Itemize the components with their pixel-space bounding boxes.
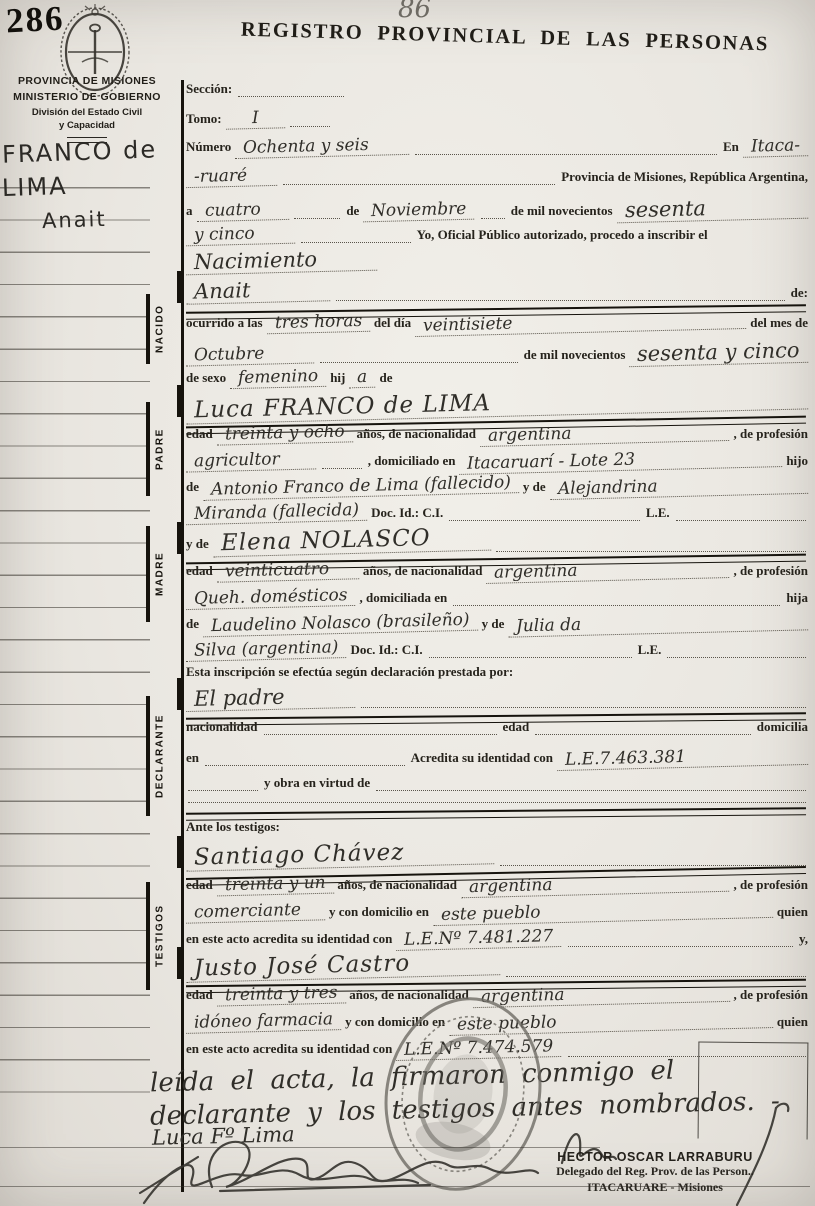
day-value: cuatro [196, 201, 288, 222]
pen-stroke-curl [776, 1104, 788, 1111]
mother-occupation-row: Queh. domésticos , domiciliada en hija [186, 589, 808, 606]
demil-label: de mil novecientos [511, 204, 613, 219]
witness1-id-value: L.E.Nº 7.481.227 [396, 928, 562, 951]
place-row: -ruaré Provincia de Misiones, República … [186, 168, 808, 185]
obra-row: y obra en virtud de [186, 776, 808, 791]
quien-label: quien [777, 905, 808, 920]
ante-testigos-label: Ante los testigos: [186, 820, 280, 835]
blank-line [336, 298, 784, 301]
birth-year-value: sesenta y cinco [629, 340, 808, 367]
margin-surname-2: LIMA [2, 174, 68, 200]
edad-label: edad [186, 427, 213, 442]
year-row: y cinco Yo, Oficial Público autorizado, … [186, 226, 808, 243]
profesion-label-4: , de profesión [733, 988, 808, 1003]
blank-line [535, 732, 750, 735]
del-dia-label: del día [374, 316, 411, 331]
declaration-intro-row: Esta inscripción se efectúa según declar… [186, 665, 808, 680]
de-label-2: de [380, 371, 393, 386]
maternal-grandfather-value: Laudelino Nolasco (brasileño) [203, 612, 478, 638]
acredita-label: Acredita su identidad con [411, 751, 553, 766]
domicilio-label: y con domicilio en [329, 905, 429, 920]
section-label-nacido: NACIDO [152, 296, 168, 362]
birth-certificate-scan: 286 86 REGISTRO PROVINCIAL DE LAS PERSON… [0, 0, 815, 1206]
year-value-1: sesenta [616, 196, 808, 224]
section-bar-declarante [146, 696, 150, 816]
blank-line [361, 705, 806, 708]
mother-doc-row: Silva (argentina) Doc. Id.: C.I. L.E. [186, 641, 808, 658]
name-row-bar [177, 271, 181, 303]
blank-line [453, 603, 780, 606]
blank-line [481, 216, 505, 219]
father-age-value: treinta y ocho [217, 423, 353, 445]
birth-month-row: Octubre de mil novecientos sesenta y cin… [186, 342, 808, 363]
blank-line [568, 944, 793, 947]
father-doc-row: Miranda (fallecida) Doc. Id.: C.I. L.E. [186, 504, 808, 521]
mother-nationality-value: argentina [486, 559, 729, 584]
witness2-name-row: Justo José Castro [186, 954, 808, 977]
maternal-grandmother-value-1: Julia da [508, 611, 808, 637]
sexo-label: de sexo [186, 371, 226, 386]
officer-location: ITACARUARE - Misiones [500, 1180, 810, 1196]
blank-line [283, 182, 555, 185]
blank-line [264, 732, 497, 735]
place-value-2: -ruaré [186, 167, 278, 188]
profesion-label-3: , de profesión [733, 878, 808, 893]
letterhead: PROVINCIA DE MISIONES MINISTERIO DE GOBI… [4, 74, 170, 143]
blank-line [205, 763, 405, 766]
y-de-label-2: y de [186, 537, 209, 552]
numero-row: Número Ochenta y seis En Itaca- [186, 138, 808, 155]
officer-name: HECTOR OSCAR LARRABURU [500, 1150, 810, 1164]
name-row-bar [177, 522, 181, 554]
le-label-2: L.E. [638, 643, 662, 658]
section-label-padre: PADRE [152, 404, 168, 494]
empty-row [186, 800, 808, 803]
a-label: a [186, 204, 193, 219]
y-de-label-3: y de [482, 617, 505, 632]
doc-id-label-2: Doc. Id.: C.I. [350, 643, 422, 658]
section-bar-testigos [146, 882, 150, 990]
blank-line [188, 800, 806, 803]
hija-de-label: hija [786, 591, 808, 606]
paternal-grandmother-value-2: Miranda (fallecida) [186, 502, 367, 525]
witness2-age-value: treinta y tres [217, 984, 346, 1006]
obra-label: y obra en virtud de [264, 776, 370, 791]
domicilia-label: domicilia [757, 720, 808, 735]
anios-label-2: años, de nacionalidad [363, 564, 483, 579]
mother-name-value: Elena NOLASCO [212, 526, 490, 558]
blank-line [496, 549, 806, 552]
mother-name-row: y de Elena NOLASCO [186, 529, 808, 552]
edad-label-5: edad [186, 988, 213, 1003]
section-bar-madre [146, 526, 150, 622]
officer-title: Delegado del Reg. Prov. de las Person.. [500, 1164, 810, 1180]
father-occupation-value: agricultor [186, 450, 316, 472]
blank-line [188, 788, 258, 791]
mother-age-value: veinticuatro [217, 560, 360, 582]
sex-row: de sexo femenino hij a de [186, 369, 808, 386]
tomo-value: I [225, 109, 284, 129]
de-colon-label: de: [791, 286, 808, 301]
blank-line [429, 655, 632, 658]
blank-line [500, 863, 806, 866]
witness1-occupation-row: comerciante y con domicilio en este pueb… [186, 903, 808, 920]
en-label-2: en [186, 751, 199, 766]
witness-intro-row: Ante los testigos: [186, 820, 808, 835]
section-label-madre: MADRE [152, 528, 168, 620]
edad-label-3: edad [503, 720, 530, 735]
spacer [383, 269, 523, 271]
edad-label-2: edad [186, 564, 213, 579]
paternal-grandmother-value-1: Alejandrina [549, 475, 808, 500]
officer-block: HECTOR OSCAR LARRABURU Delegado del Reg.… [500, 1150, 810, 1195]
paternal-grandfather-row: de Antonio Franco de Lima (fallecido) y … [186, 478, 808, 495]
blank-line [294, 216, 340, 219]
profesion-label: , de profesión [733, 427, 808, 442]
declarant-nationality-row: nacionalidad edad domicilia [186, 720, 808, 735]
de-label-4: de [186, 617, 199, 632]
declarant-identity-row: en Acredita su identidad con L.E.7.463.3… [186, 749, 808, 766]
ocurrido-label: ocurrido a las [186, 316, 263, 331]
witness1-address-value: este pueblo [433, 899, 773, 926]
father-name-row: Luca FRANCO de LIMA [186, 392, 808, 415]
de-label-3: de [186, 480, 199, 495]
anios-label-3: años, de nacionalidad [337, 878, 457, 893]
place-value-1: Itaca- [743, 137, 809, 158]
yo-label: Yo, Oficial Público autorizado, procedo … [417, 228, 708, 243]
seccion-row: Sección: [186, 82, 346, 97]
domiciliado-label: , domiciliado en [368, 454, 456, 469]
mother-occupation-value: Queh. domésticos [186, 587, 356, 610]
page-title: REGISTRO PROVINCIAL DE LAS PERSONAS [205, 18, 805, 58]
blank-line [449, 518, 640, 521]
de-label: de [346, 204, 359, 219]
month-value: Noviembre [363, 201, 475, 223]
witness2-name-value: Justo José Castro [186, 950, 501, 983]
maternal-grandmother-value-2: Silva (argentina) [186, 639, 347, 662]
declaration-intro-label: Esta inscripción se efectúa según declar… [186, 665, 513, 680]
declarant-id-value: L.E.7.463.381 [557, 746, 808, 771]
hijo-suffix-value: a [349, 369, 376, 389]
name-row-bar [177, 385, 181, 417]
name-row-bar [177, 678, 181, 710]
section-label-testigos: TESTIGOS [152, 884, 168, 988]
child-name-value: Anait [186, 278, 331, 305]
quien-label-2: quien [777, 1015, 808, 1030]
numero-value: Ochenta y seis [235, 136, 409, 159]
acto-acredita-label: en este acto acredita su identidad con [186, 932, 392, 947]
paternal-grandfather-value: Antonio Franco de Lima (fallecido) [203, 474, 519, 501]
maternal-grandfather-row: de Laudelino Nolasco (brasileño) y de Ju… [186, 615, 808, 632]
sexo-value: femenino [230, 368, 327, 389]
child-name-row: Anait de: [186, 280, 808, 301]
father-age-row: edad treinta y ocho años, de nacionalida… [186, 425, 808, 442]
spacer [399, 384, 679, 386]
le-label: L.E. [646, 506, 670, 521]
form-left-rule [181, 80, 184, 1192]
witness1-age-row: edad treinta y un años, de nacionalidad … [186, 876, 808, 893]
blank-line [301, 240, 411, 243]
witness1-name-value: Santiago Chávez [186, 839, 495, 872]
father-nationality-value: argentina [480, 422, 730, 447]
margin-given-name: Anait [42, 209, 107, 232]
witness1-id-row: en este acto acredita su identidad con L… [186, 930, 808, 947]
nacionalidad-label: nacionalidad [186, 720, 258, 735]
acta-type-value: Nacimiento [186, 248, 378, 276]
margin-surname-1: FRANCO de [2, 137, 158, 166]
mother-age-row: edad veinticuatro años, de nacionalidad … [186, 562, 808, 579]
y-label: y, [799, 932, 808, 947]
father-occupation-row: agricultor , domiciliado en Itacaruarí -… [186, 452, 808, 469]
witness1-name-row: Santiago Chávez [186, 843, 808, 866]
witness1-nationality-value: argentina [461, 873, 730, 899]
witness2-occupation-value: idóneo farmacia [186, 1011, 342, 1034]
handwritten-page-number: 86 [398, 0, 431, 24]
name-row-bar [177, 836, 181, 868]
doc-id-label: Doc. Id.: C.I. [371, 506, 443, 521]
witness1-occupation-value: comerciante [186, 901, 325, 923]
letterhead-line: División del Estado Civil [4, 106, 170, 120]
blank-line [238, 94, 344, 97]
acto-acredita-label-2: en este acto acredita su identidad con [186, 1042, 392, 1057]
provincia-label: Provincia de Misiones, República Argenti… [561, 170, 808, 185]
en-label: En [723, 140, 739, 155]
profesion-label-2: , de profesión [733, 564, 808, 579]
letterhead-line: y Capacidad [4, 119, 170, 133]
witness2-signature-scrawl [144, 1165, 418, 1203]
hour-value: tres horas [266, 313, 370, 335]
blank-line [667, 655, 806, 658]
signature-cross-stroke [140, 1157, 198, 1193]
blank-line [376, 788, 806, 791]
blank-line [320, 360, 517, 363]
name-row-bar [177, 947, 181, 979]
section-label-declarante: DECLARANTE [152, 698, 168, 814]
numero-label: Número [186, 140, 231, 155]
year-value-2: y cinco [186, 225, 295, 247]
blank-line [290, 124, 330, 127]
acta-type-row: Nacimiento [186, 250, 808, 271]
letterhead-line: PROVINCIA DE MISIONES [4, 74, 170, 90]
section-bar-padre [146, 402, 150, 496]
y-de-label: y de [523, 480, 546, 495]
demil-label-2: de mil novecientos [524, 348, 626, 363]
anios-label: años, de nacionalidad [356, 427, 476, 442]
section-bar-nacido [146, 294, 150, 364]
witness1-age-value: treinta y un [217, 875, 334, 897]
declared-by-value: El padre [186, 685, 355, 712]
del-mes-label: del mes de [750, 316, 808, 331]
seccion-label: Sección: [186, 82, 232, 97]
declared-by-row: El padre [186, 687, 808, 708]
tomo-label: Tomo: [186, 112, 222, 127]
blank-line [415, 152, 717, 155]
father-address-value: Itacaruarí - Lote 23 [459, 448, 782, 475]
blank-line [506, 974, 806, 977]
margin-ruled-lines [0, 156, 150, 1114]
birth-month-value: Octubre [186, 344, 315, 366]
domiciliada-label: , domiciliada en [359, 591, 447, 606]
signature-underline [220, 1185, 430, 1191]
date-row: a cuatro de Noviembre de mil novecientos… [186, 198, 808, 219]
blank-line [322, 466, 362, 469]
letterhead-line: MINISTERIO DE GOBIERNO [4, 90, 170, 106]
birth-day-value: veintisiete [415, 310, 746, 337]
hijo-de-label: hijo [786, 454, 808, 469]
edad-label-4: edad [186, 878, 213, 893]
hijo-label: hij [330, 371, 345, 386]
birth-time-row: ocurrido a las tres horas del día veinti… [186, 314, 808, 331]
tomo-row: Tomo: I [186, 110, 356, 127]
blank-line [676, 518, 806, 521]
